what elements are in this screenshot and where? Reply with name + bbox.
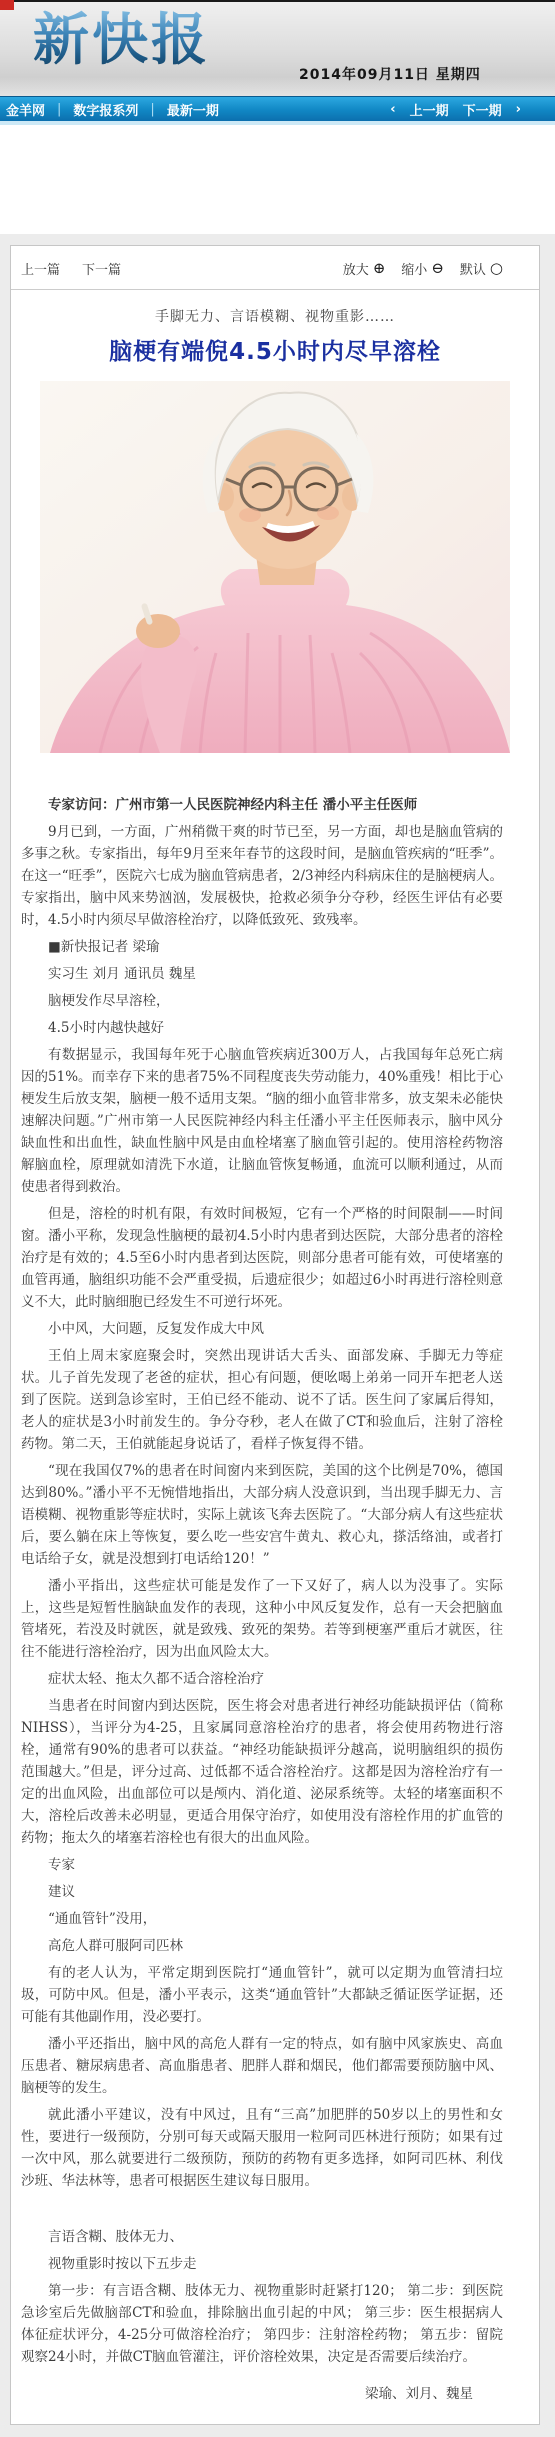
next-article-link[interactable]: 下一篇	[82, 259, 121, 278]
paragraph: 4.5小时内越快越好	[21, 1017, 503, 1039]
article-pager: 上一篇 下一篇	[21, 259, 121, 278]
paragraph: 但是，溶栓的时机有限，有效时间极短，它有一个严格的时间限制——时间窗。潘小平称，…	[21, 1203, 503, 1313]
paragraph: 就此潘小平建议，没有中风过，且有“三高”加肥胖的50岁以上的男性和女性，要进行一…	[21, 2104, 503, 2192]
nav-item-digital-series[interactable]: 数字报系列	[73, 100, 138, 119]
newspaper-logo[interactable]: 新快报	[33, 8, 210, 72]
paragraph: “通血管针”没用，	[21, 1908, 503, 1930]
paragraph: ■新快报记者 梁瑜	[21, 936, 503, 958]
paragraph: 高危人群可服阿司匹林	[21, 1935, 503, 1957]
paragraph: 潘小平还指出，脑中风的高危人群有一定的特点，如有脑中风家族史、高血压患者、糖尿病…	[21, 2033, 503, 2099]
masthead: 新快报 2014年09月11日 星期四	[0, 2, 555, 96]
main-navbar: 金羊网 | 数字报系列 | 最新一期 ‹ 上一期 下一期 ›	[0, 96, 555, 121]
header-spacer	[0, 125, 555, 234]
paragraph: “现在我国仅7%的患者在时间窗内来到医院，美国的这个比例是70%，德国达到80%…	[21, 1460, 503, 1570]
paragraph: 言语含糊、肢体无力、	[21, 2226, 503, 2248]
zoom-default-button[interactable]: 默认 ○	[460, 259, 503, 278]
paragraph: 实习生 刘月 通讯员 魏星	[21, 963, 503, 985]
article-title: 脑梗有端倪4.5小时内尽早溶栓	[11, 333, 539, 366]
paragraph: 9月已到，一方面，广州稍微干爽的时节已至，另一方面，却也是脑血管病的多事之秋。专…	[21, 821, 503, 931]
zoom-default-icon: ○	[490, 261, 503, 276]
zoom-out-button[interactable]: 缩小 ⊖	[401, 259, 444, 278]
paragraph: 小中风，大问题，反复发作成大中风	[21, 1318, 503, 1340]
nav-left: 金羊网 | 数字报系列 | 最新一期	[6, 100, 219, 119]
paragraph: 脑梗发作尽早溶栓，	[21, 990, 503, 1012]
article-kicker: 手脚无力、言语模糊、视物重影……	[11, 306, 539, 326]
paragraph: 王伯上周末家庭聚会时，突然出现讲话大舌头、面部发麻、手脚无力等症状。儿子首先发现…	[21, 1345, 503, 1455]
prev-issue-link[interactable]: 上一期	[410, 100, 449, 119]
zoom-in-icon: ⊕	[373, 261, 386, 276]
nav-issue-pager: ‹ 上一期 下一期 ›	[390, 100, 545, 119]
paragraph: 有的老人认为，平常定期到医院打“通血管针”，就可以定期为血管清扫垃圾，可防中风。…	[21, 1962, 503, 2028]
paragraph: 症状太轻、拖太久都不适合溶栓治疗	[21, 1668, 503, 1690]
nav-item-latest-issue[interactable]: 最新一期	[167, 100, 219, 119]
zoom-out-icon: ⊖	[431, 261, 444, 276]
zoom-out-label: 缩小	[401, 259, 427, 278]
paragraph: 视物重影时按以下五步走	[21, 2253, 503, 2275]
prev-article-link[interactable]: 上一篇	[21, 259, 60, 278]
zoom-in-label: 放大	[343, 259, 369, 278]
issue-date: 2014年09月11日 星期四	[299, 64, 481, 84]
font-size-controls: 放大 ⊕ 缩小 ⊖ 默认 ○	[343, 259, 503, 278]
nav-item-jinyangwang[interactable]: 金羊网	[6, 100, 45, 119]
article-photo	[40, 381, 510, 753]
paragraph: 建议	[21, 1881, 503, 1903]
article-signature: 梁瑜、刘月、魏星	[11, 2382, 539, 2424]
paragraph: 有数据显示，我国每年死于心脑血管疾病近300万人，占我国每年总死亡病因的51%。…	[21, 1044, 503, 1198]
zoom-default-label: 默认	[460, 259, 486, 278]
article-toolbar: 上一篇 下一篇 放大 ⊕ 缩小 ⊖ 默认 ○	[11, 246, 539, 290]
next-issue-arrow-icon: ›	[516, 102, 521, 117]
next-issue-link[interactable]: 下一期	[463, 100, 502, 119]
prev-issue-arrow-icon: ‹	[390, 102, 395, 117]
paragraph: 当患者在时间窗内到达医院，医生将会对患者进行神经功能缺损评估（简称NIHSS），…	[21, 1695, 503, 1849]
paragraph: 专家	[21, 1854, 503, 1876]
nav-separator: |	[57, 102, 61, 117]
nav-separator: |	[150, 102, 154, 117]
zoom-in-button[interactable]: 放大 ⊕	[343, 259, 386, 278]
content-wrap: 上一篇 下一篇 放大 ⊕ 缩小 ⊖ 默认 ○ 手脚无力、言语模糊、视物重影…… …	[0, 234, 555, 2437]
article-box: 上一篇 下一篇 放大 ⊕ 缩小 ⊖ 默认 ○ 手脚无力、言语模糊、视物重影…… …	[10, 245, 540, 2425]
paragraph: 专家访问：广州市第一人民医院神经内科主任 潘小平主任医师	[21, 794, 503, 816]
paragraph: 第一步：有言语含糊、肢体无力、视物重影时赶紧打120； 第二步：到医院急诊室后先…	[21, 2280, 503, 2368]
paragraph: 潘小平指出，这些症状可能是发作了一下又好了，病人以为没事了。实际上，这些是短暂性…	[21, 1575, 503, 1663]
article-body: 专家访问：广州市第一人民医院神经内科主任 潘小平主任医师9月已到，一方面，广州稍…	[11, 753, 539, 2368]
corner-red-mark	[0, 0, 14, 10]
